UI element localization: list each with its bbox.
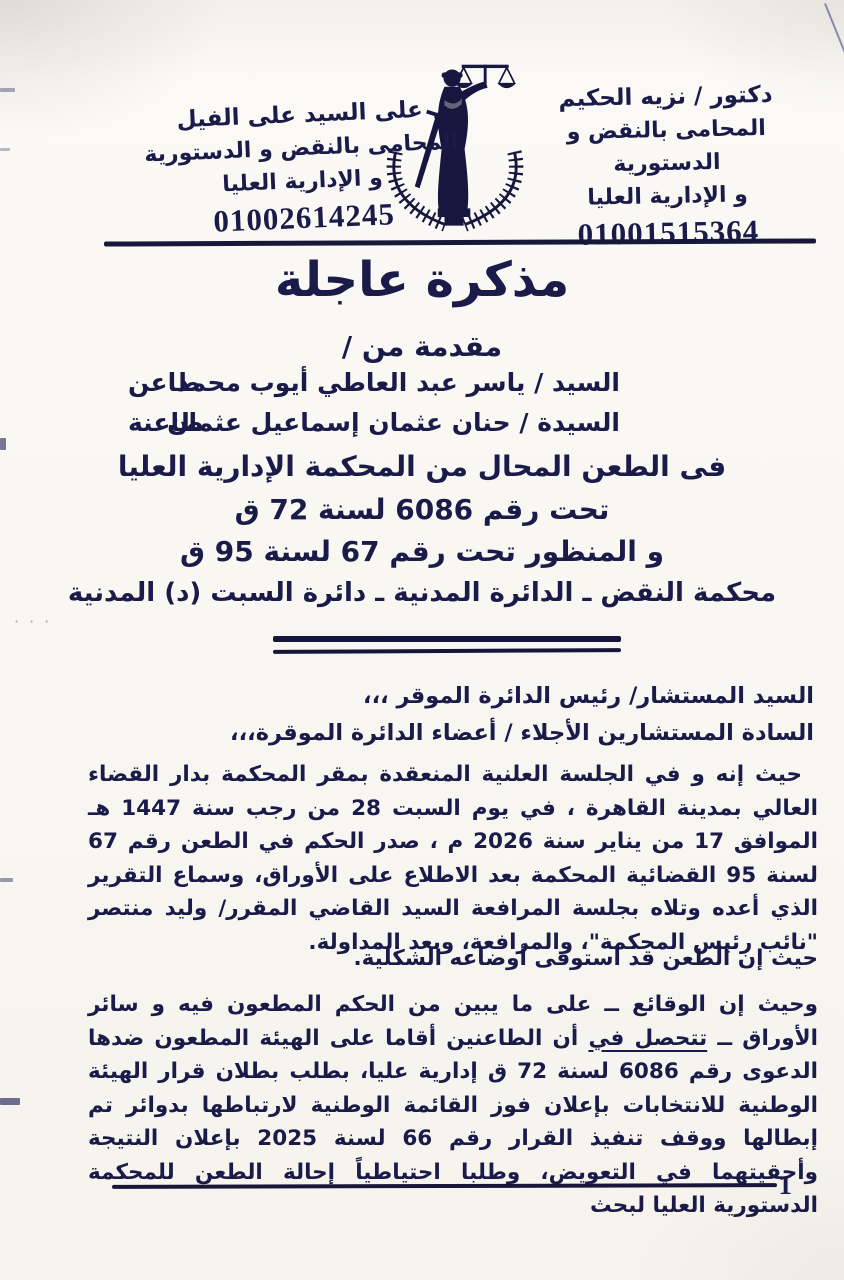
page-number: 1 xyxy=(779,1172,793,1199)
appellant-2-name: السيدة / حنان عثمان إسماعيل عثمان xyxy=(167,408,620,437)
document-page: ··· دكتور / نزيه الحكيم المحامى بالنقض و… xyxy=(0,0,844,1280)
salutation-members: السادة المستشارين الأجلاء / أعضاء الدائر… xyxy=(90,715,814,752)
document-title: مذكرة عاجلة xyxy=(0,252,844,308)
salutation-block: السيد المستشار/ رئيس الدائرة الموقر ،،، … xyxy=(90,678,814,752)
attorney-right-block: دكتور / نزيه الحكيم المحامى بالنقض و الد… xyxy=(510,77,824,256)
section-divider xyxy=(273,636,621,653)
footer-rule xyxy=(112,1183,777,1189)
party-row: السيد / ياسر عبد العاطي أيوب محمد طاعن xyxy=(0,368,844,408)
submitted-by-label: مقدمة من / xyxy=(0,330,844,363)
court-circuit: محكمة النقض ـ الدائرة المدنية ـ دائرة ال… xyxy=(0,578,844,608)
attorney-left-block: على السيد على الفيل المحامى بالنقض و الد… xyxy=(129,91,475,245)
scan-artifact xyxy=(0,88,15,92)
appellant-2-role: طاعنة xyxy=(128,408,203,437)
body-paragraph-session: حيث إنه و في الجلسة العلنية المنعقدة بمق… xyxy=(88,758,818,959)
scan-artifact xyxy=(0,878,13,882)
appellant-1-role: طاعن xyxy=(128,368,201,397)
scan-artifact xyxy=(0,148,10,151)
attorney-right-phone: 01001515364 xyxy=(513,210,824,256)
scan-artifact xyxy=(0,1098,20,1105)
body-paragraph-form: حيث إن الطعن قد استوفى أوضاعه الشكلية. xyxy=(88,942,818,976)
attorney-right-title1: المحامى بالنقض و الدستورية xyxy=(511,111,822,183)
page-footer: 1 xyxy=(112,1172,792,1199)
scan-artifact-dots: ··· xyxy=(14,612,59,631)
salutation-president: السيد المستشار/ رئيس الدائرة الموقر ،،، xyxy=(90,678,814,715)
fold-crease-mark xyxy=(824,3,844,93)
case-number-current: و المنظور تحت رقم 67 لسنة 95 ق xyxy=(0,535,844,568)
case-number-original: تحت رقم 6086 لسنة 72 ق xyxy=(0,493,844,526)
appellant-1-name: السيد / ياسر عبد العاطي أيوب محمد xyxy=(176,368,620,397)
party-row: السيدة / حنان عثمان إسماعيل عثمان طاعنة xyxy=(0,408,844,448)
facts-underlined-phrase: تتحصل في xyxy=(588,1026,707,1051)
case-description: فى الطعن المحال من المحكمة الإدارية العل… xyxy=(0,450,844,483)
